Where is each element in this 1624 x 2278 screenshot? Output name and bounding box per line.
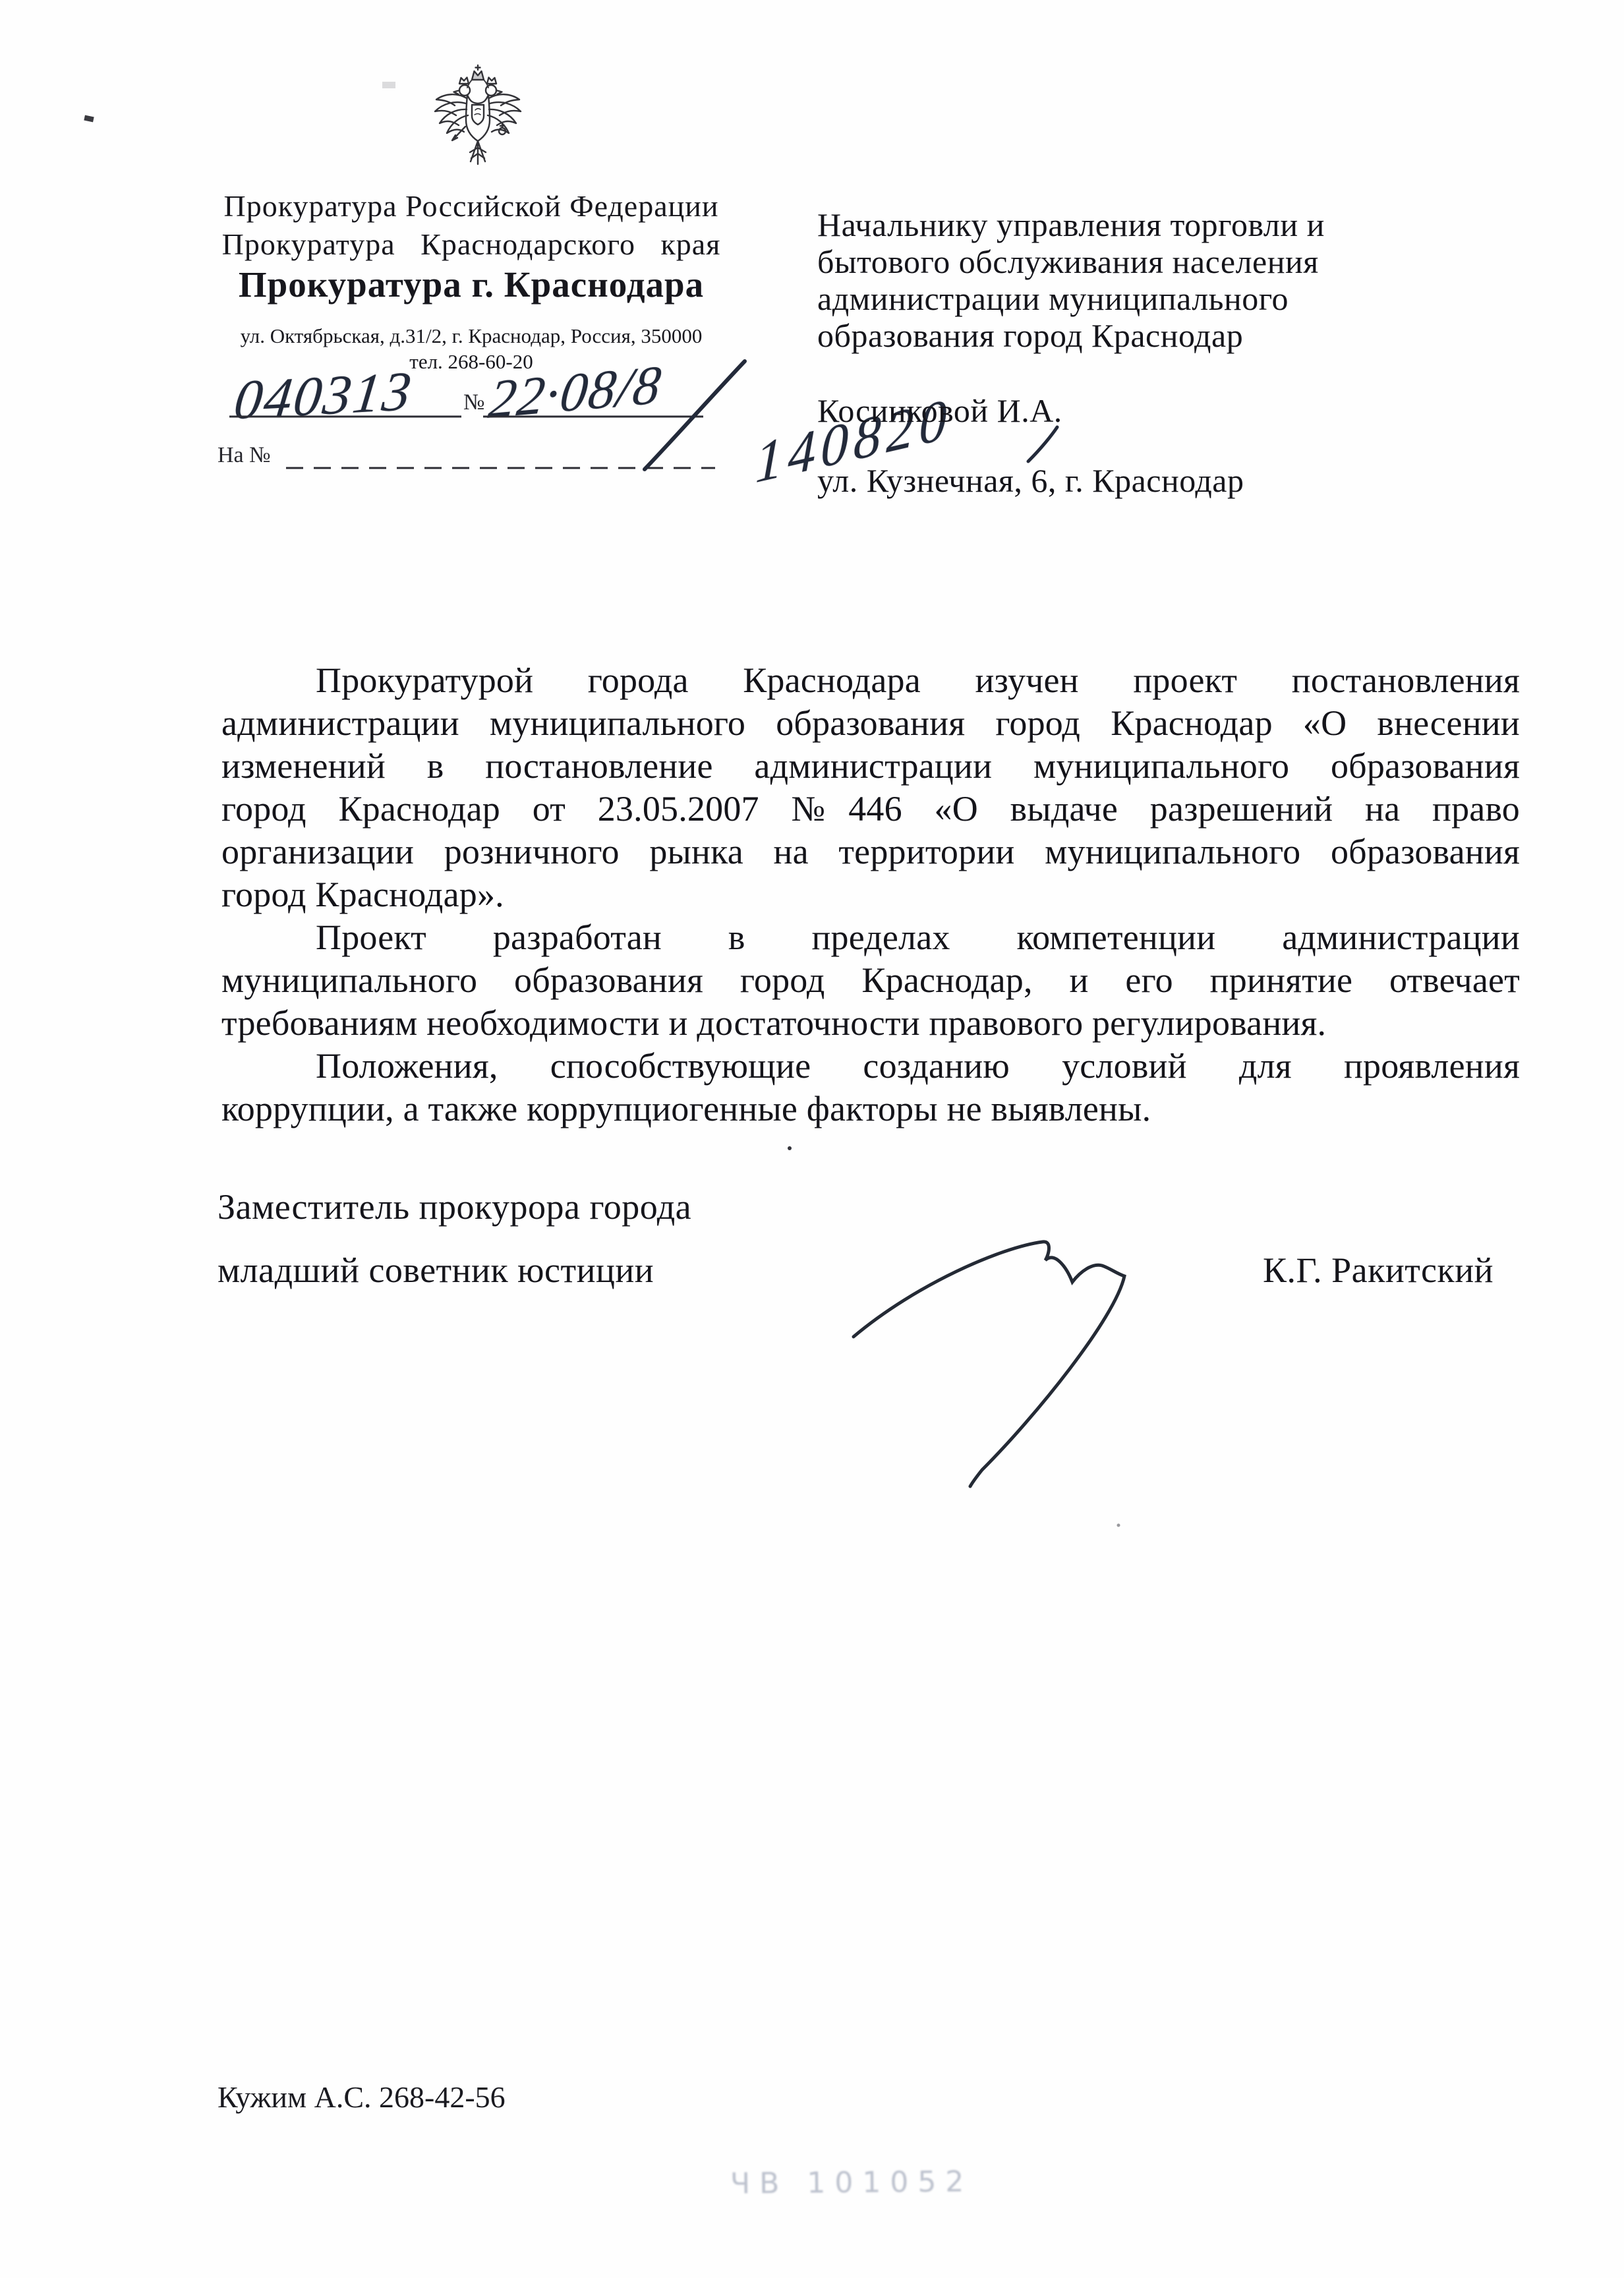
body-paragraph1-line: изменений в постановление администрации …: [221, 745, 1520, 788]
signer-position-line2: младший советник юстиции: [217, 1250, 654, 1291]
reply-number-label: На №: [217, 443, 271, 468]
body-paragraph1-line: Прокуратурой города Краснодара изучен пр…: [221, 659, 1520, 702]
scan-dot: [788, 1146, 792, 1150]
signer-position-line1: Заместитель прокурора города: [217, 1186, 691, 1227]
scan-dot: [1117, 1524, 1120, 1527]
body-paragraph1-line: город Краснодар от 23.05.2007 №446 «О вы…: [221, 788, 1520, 831]
letterhead-org-krai: Прокуратура Краснодарского края: [198, 227, 745, 262]
recipient-name: Косинковой И.А.: [817, 392, 1555, 430]
handwritten-flourish-stroke: [1028, 427, 1057, 461]
handwritten-date: 040313: [231, 359, 417, 433]
recipient-line: образования город Краснодар: [817, 316, 1555, 355]
faint-stamp-artifact: ЧВ 101052: [730, 2165, 973, 2200]
recipient-address: ул. Кузнечная, 6, г. Краснодар: [817, 461, 1555, 500]
recipient-line: Начальнику управления торговли и: [817, 206, 1555, 244]
executor-contact: Кужим А.С. 268-42-56: [217, 2080, 506, 2115]
number-label: №: [463, 390, 484, 415]
letterhead-org-federation: Прокуратура Российской Федерации: [198, 189, 745, 223]
signer-name: К.Г. Ракитский: [1263, 1250, 1493, 1291]
body-paragraph1-line: город Краснодар».: [221, 873, 1520, 916]
letterhead-address: ул. Октябрьская, д.31/2, г. Краснодар, Р…: [198, 324, 745, 348]
scan-speck: [84, 115, 94, 123]
body-paragraph3-line: коррупции, а также коррупциогенные факто…: [221, 1088, 1520, 1130]
body-paragraph2-line: муниципального образования город Краснод…: [221, 959, 1520, 1002]
russia-coat-of-arms-icon: [428, 63, 527, 171]
recipient-line: администрации муниципального: [817, 279, 1555, 318]
body-paragraph1-line: организации розничного рынка на территор…: [221, 831, 1520, 873]
recipient-line: бытового обслуживания населения: [817, 243, 1555, 281]
body-paragraph2-line: Проект разработан в пределах компетенции…: [221, 916, 1520, 959]
letterhead-org-city: Прокуратура г. Краснодара: [198, 264, 745, 305]
body-paragraph1-line: администрации муниципального образования…: [221, 702, 1520, 745]
body-paragraph2-line: требованиям необходимости и достаточност…: [221, 1002, 1520, 1045]
scanned-letter-page: Прокуратура Российской Федерации Прокура…: [0, 0, 1624, 2278]
signature-stroke: [854, 1242, 1124, 1486]
body-paragraph3-line: Положения, способствующие созданию услов…: [221, 1045, 1520, 1088]
scan-smudge: [382, 82, 395, 88]
